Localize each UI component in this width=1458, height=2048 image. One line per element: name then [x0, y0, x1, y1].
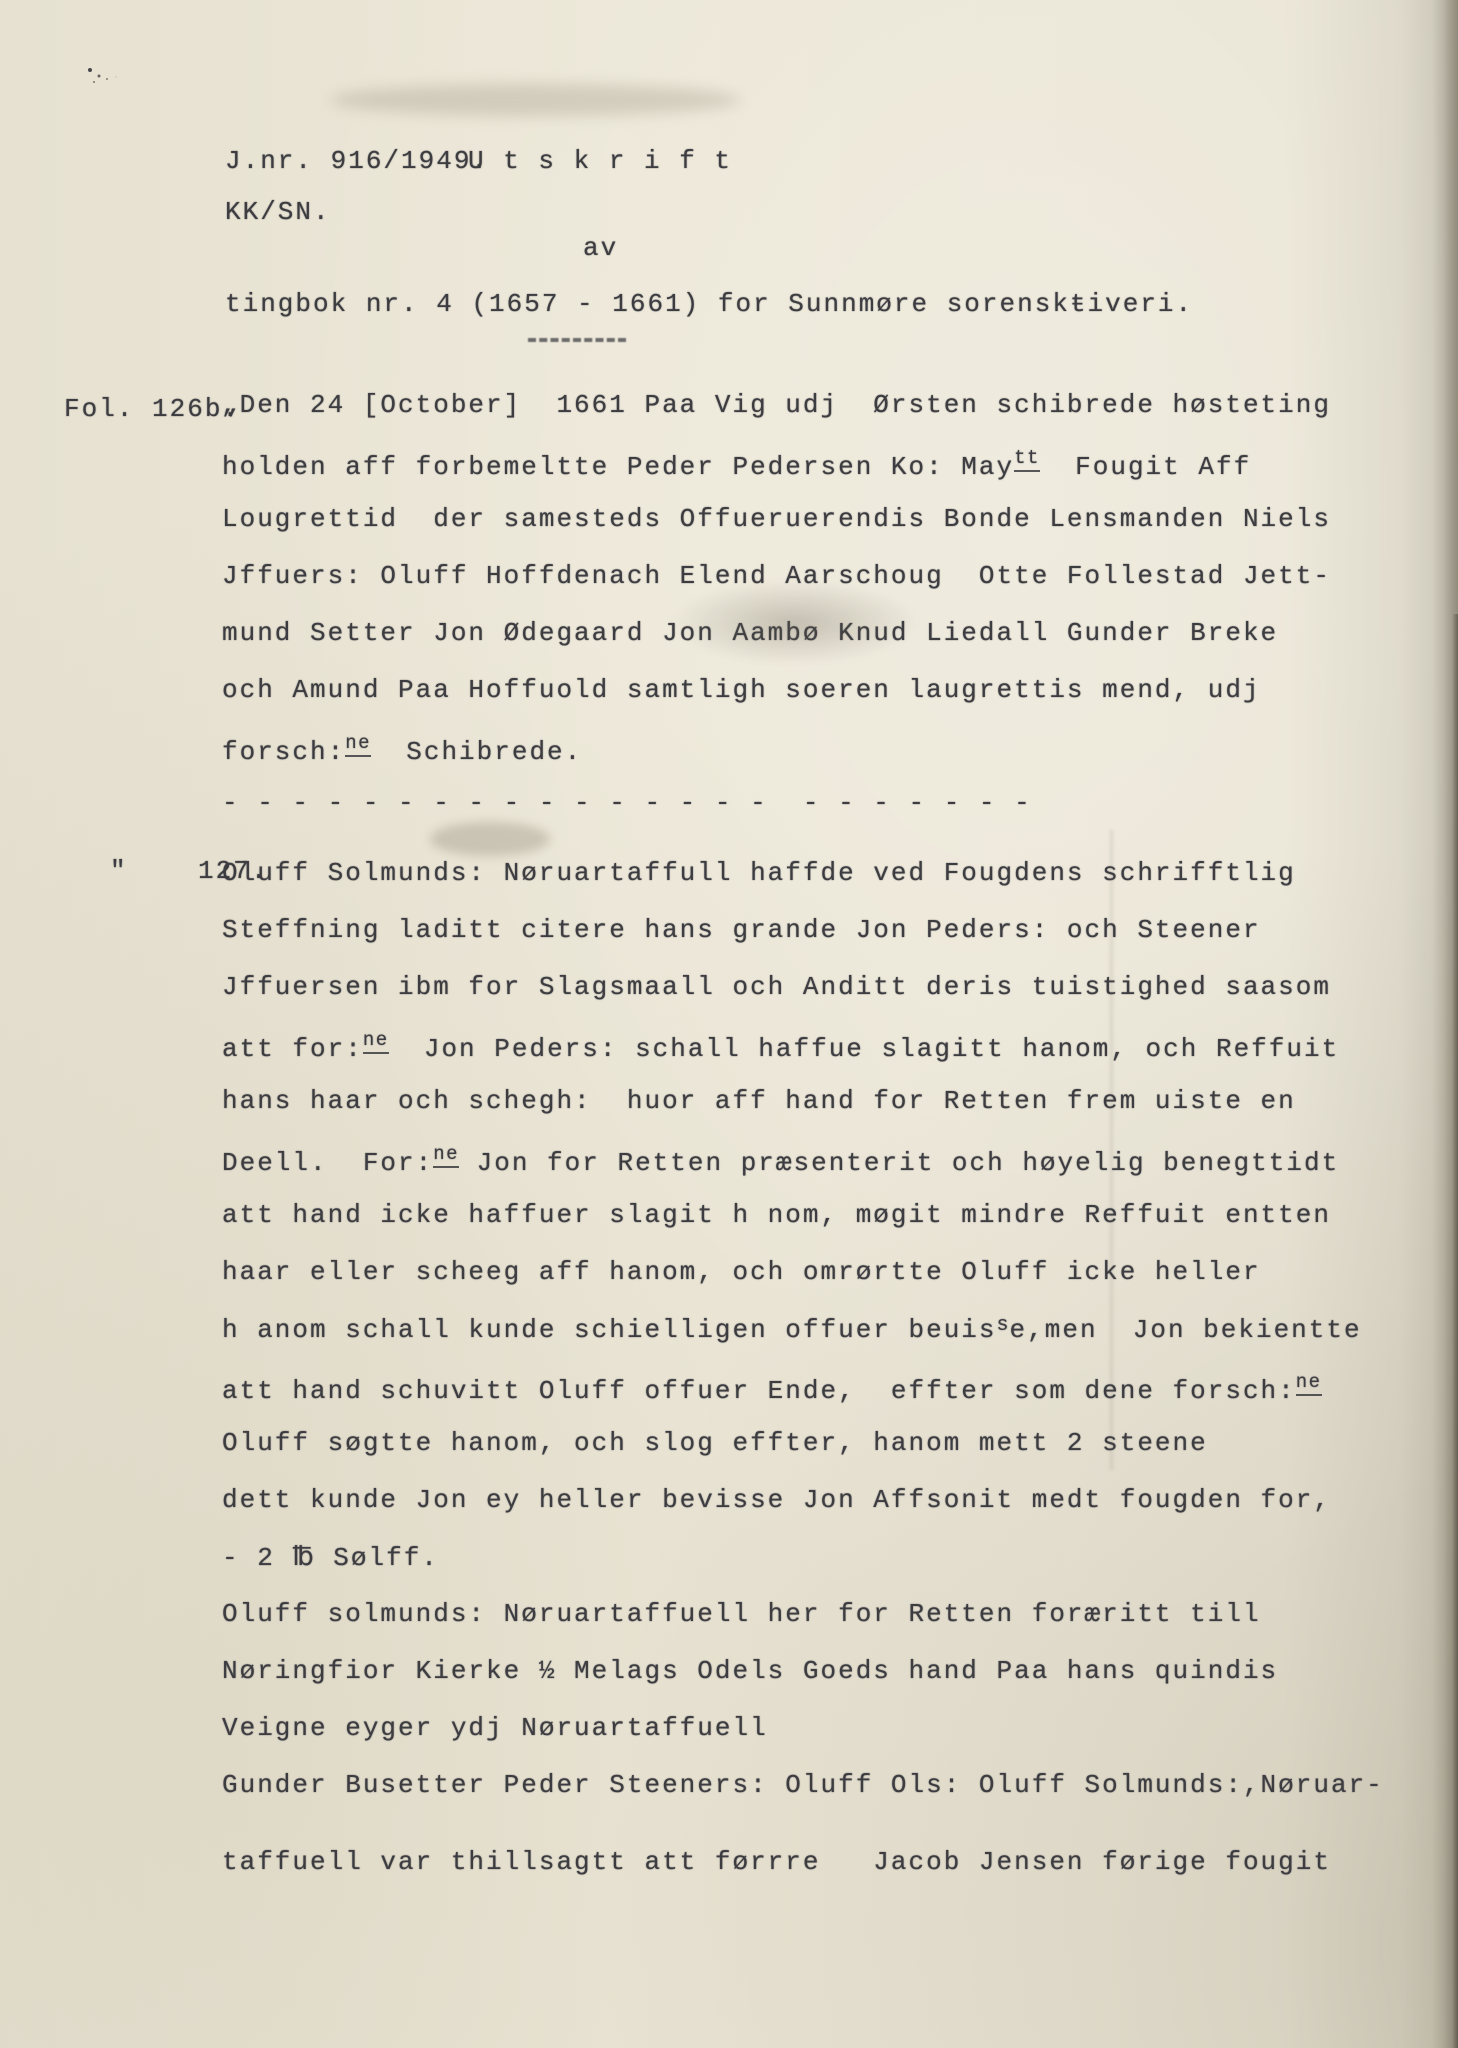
text-line: hans haar och schegh: huor aff hand for …	[222, 1086, 1296, 1116]
text-line: taffuell var thillsagtt att førrre Jacob…	[222, 1847, 1331, 1877]
text-segment: att for:	[222, 1034, 363, 1064]
text-segment: Veigne eyger ydj Nøruartaffuell	[222, 1713, 768, 1743]
superscript-abbreviation: ne	[345, 732, 371, 757]
text-segment: Fougit Aff	[1040, 452, 1251, 482]
text-line: - 2 ℔ Sølff.	[222, 1542, 439, 1573]
journal-number: J.nr. 916/1949.	[225, 146, 489, 176]
text-segment: Gunder Busetter Peder Steeners: Oluff Ol…	[222, 1770, 1384, 1800]
text-segment: och Amund Paa Hoffuold samtligh soeren l…	[222, 675, 1261, 705]
scanned-document-page: J.nr. 916/1949. U t s k r i f t KK/SN. a…	[0, 0, 1458, 2048]
clerk-initials: KK/SN.	[225, 197, 331, 227]
text-segment: Jffuersen ibm for Slagsmaall och Anditt …	[222, 972, 1331, 1002]
text-segment: Steffning laditt citere hans grande Jon …	[222, 915, 1261, 945]
paper-crease	[1110, 830, 1113, 1470]
text-line: h anom schall kunde schielligen offuer b…	[222, 1314, 1362, 1345]
text-segment: haar eller scheeg aff hanom, och omrørtt…	[222, 1257, 1261, 1287]
text-segment: Deell. For:	[222, 1148, 433, 1178]
text-segment: taffuell var thillsagtt att førrre Jacob…	[222, 1847, 1331, 1877]
text-segment: Oluff søgtte hanom, och slog effter, han…	[222, 1428, 1208, 1458]
text-segment: „Den 24 [October] 1661 Paa Vig udj Ørste…	[222, 390, 1331, 420]
text-line: dett kunde Jon ey heller bevisse Jon Aff…	[222, 1485, 1331, 1515]
title-connector: av	[583, 233, 618, 263]
text-segment: Oluff Solmunds: Nøruartaffull haffde ved…	[222, 858, 1296, 888]
text-segment: - 2 ℔ Sølff.	[222, 1543, 439, 1573]
text-line: haar eller scheeg aff hanom, och omrørtt…	[222, 1257, 1261, 1287]
text-segment: att hand schuvitt Oluff offuer Ende, eff…	[222, 1376, 1296, 1406]
text-line: Nøringfior Kierke ½ Melags Odels Goeds h…	[222, 1656, 1278, 1686]
dashed-divider: - - - - - - - - - - - - - - - - - - - - …	[222, 788, 1032, 818]
text-line: att for:ne Jon Peders: schall haffue sla…	[222, 1029, 1339, 1064]
superscript-abbreviation: ne	[363, 1029, 389, 1054]
smudge-stain-middle	[670, 580, 920, 665]
text-segment: h anom schall kunde schielligen offuer b…	[222, 1315, 997, 1345]
title-underline	[528, 322, 626, 342]
text-line: Veigne eyger ydj Nøruartaffuell	[222, 1713, 768, 1743]
text-line: holden aff forbemeltte Peder Pedersen Ko…	[222, 447, 1251, 482]
text-segment: Lougrettid der samesteds Offueruerendis …	[222, 504, 1331, 534]
text-segment: Nøringfior Kierke ½ Melags Odels Goeds h…	[222, 1656, 1278, 1686]
scan-edge-dark-line	[1452, 614, 1458, 2048]
text-line: Oluff søgtte hanom, och slog effter, han…	[222, 1428, 1208, 1458]
text-segment: e,men Jon bekientte	[1010, 1315, 1362, 1345]
text-line: Lougrettid der samesteds Offueruerendis …	[222, 504, 1331, 534]
text-segment: Jon for Retten præsenterit och høyelig b…	[459, 1148, 1339, 1178]
text-segment: dett kunde Jon ey heller bevisse Jon Aff…	[222, 1485, 1331, 1515]
text-line: att hand icke haffuer slagit h nom, møgi…	[222, 1200, 1331, 1230]
folio-margin-label: Fol. 126b.	[64, 394, 240, 424]
text-segment: forsch:	[222, 737, 345, 767]
text-line: Jffuersen ibm for Slagsmaall och Anditt …	[222, 972, 1331, 1002]
source-reference: tingbok nr. 4 (1657 - 1661) for Sunnmøre…	[225, 289, 1193, 319]
text-line: att hand schuvitt Oluff offuer Ende, eff…	[222, 1371, 1322, 1406]
superscript-abbreviation: ne	[1296, 1371, 1322, 1396]
text-segment: Oluff solmunds: Nøruartaffuell her for R…	[222, 1599, 1261, 1629]
superscript-abbreviation: ne	[433, 1143, 459, 1168]
text-line: forsch:ne Schibrede.	[222, 732, 582, 767]
text-line: Gunder Busetter Peder Steeners: Oluff Ol…	[222, 1770, 1384, 1800]
text-segment: holden aff forbemeltte Peder Pedersen Ko…	[222, 452, 1014, 482]
text-segment: Schibrede.	[371, 737, 582, 767]
smudge-stain-top	[330, 84, 740, 116]
text-line: Deell. For:ne Jon for Retten præsenterit…	[222, 1143, 1339, 1178]
text-line: „Den 24 [October] 1661 Paa Vig udj Ørste…	[222, 390, 1331, 420]
raised-letter: s	[997, 1314, 1010, 1337]
superscript-abbreviation: tt	[1014, 447, 1040, 472]
text-segment: hans haar och schegh: huor aff hand for …	[222, 1086, 1296, 1116]
smudge-stain-section-127	[430, 822, 550, 856]
ink-speckle	[88, 68, 92, 72]
text-line: Steffning laditt citere hans grande Jon …	[222, 915, 1261, 945]
section-body-127: Oluff Solmunds: Nøruartaffull haffde ved…	[222, 858, 1442, 1938]
document-title: U t s k r i f t	[468, 146, 732, 176]
text-segment: att hand icke haffuer slagit h nom, møgi…	[222, 1200, 1331, 1230]
text-line: Oluff solmunds: Nøruartaffuell her for R…	[222, 1599, 1261, 1629]
text-segment: Jon Peders: schall haffue slagitt hanom,…	[389, 1034, 1340, 1064]
text-line: och Amund Paa Hoffuold samtligh soeren l…	[222, 675, 1261, 705]
text-line: Oluff Solmunds: Nøruartaffull haffde ved…	[222, 858, 1296, 888]
